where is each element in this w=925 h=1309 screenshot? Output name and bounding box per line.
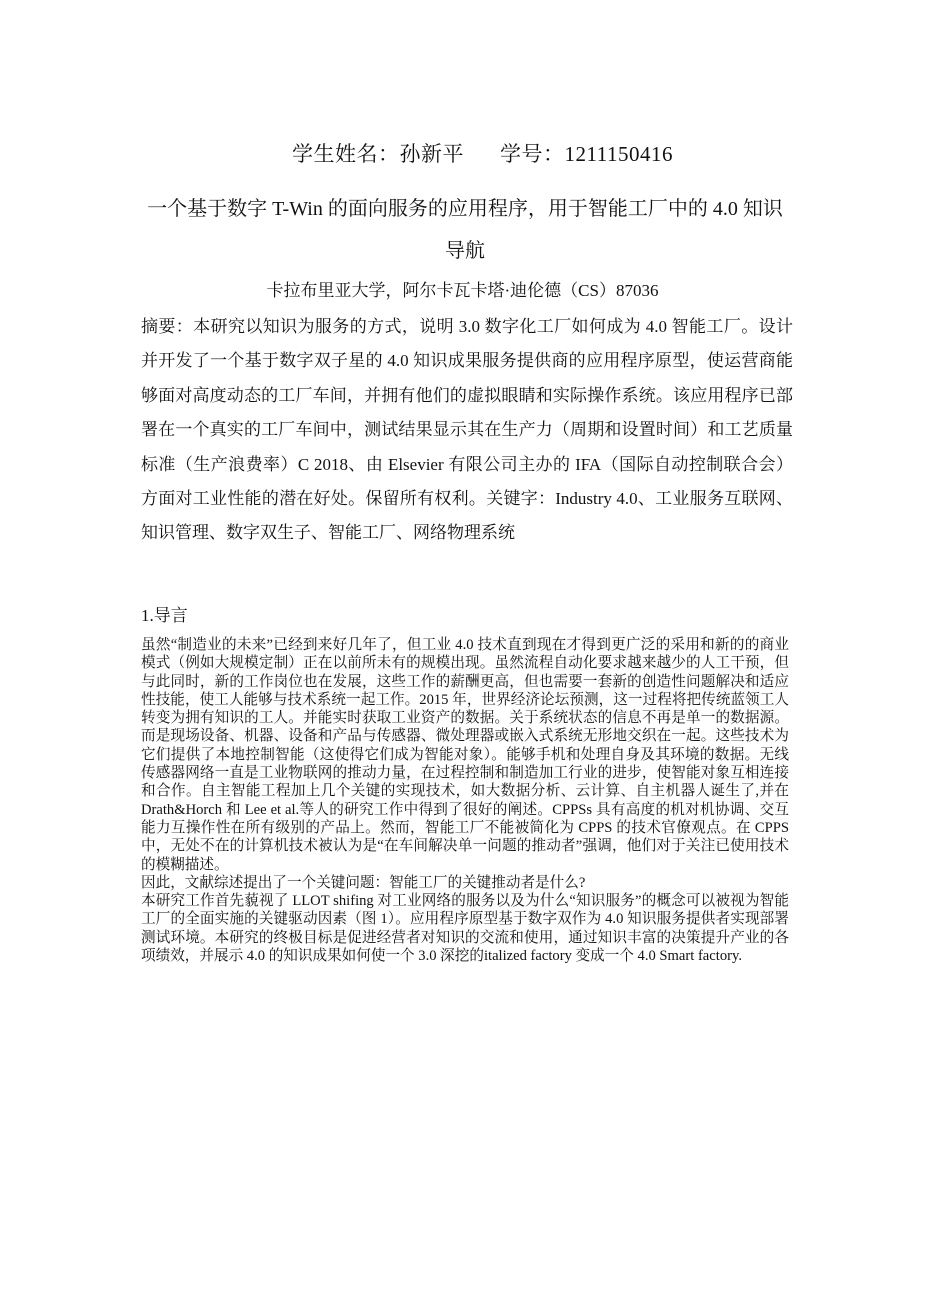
paragraph: 因此，文献综述提出了一个关键问题：智能工厂的关键推动者是什么?: [141, 874, 789, 892]
document-page: 学生姓名：孙新平学号：1211150416 一个基于数字 T-Win 的面向服务…: [0, 0, 925, 1309]
student-info: 学生姓名：孙新平学号：1211150416: [0, 138, 925, 168]
paragraph: 虽然“制造业的未来”已经到来好几年了，但工业 4.0 技术直到现在才得到更广泛的…: [141, 636, 789, 874]
abstract: 摘要：本研究以知识为服务的方式，说明 3.0 数字化工厂如何成为 4.0 智能工…: [141, 310, 793, 551]
student-name: 学生姓名：孙新平: [292, 142, 464, 166]
section-heading: 1.导言: [141, 601, 188, 626]
affiliation: 卡拉布里亚大学，阿尔卡瓦卡塔·迪伦德（CS）87036: [0, 276, 925, 301]
student-id: 学号：1211150416: [500, 142, 673, 166]
body-text: 虽然“制造业的未来”已经到来好几年了，但工业 4.0 技术直到现在才得到更广泛的…: [141, 636, 789, 965]
paper-title: 一个基于数字 T-Win 的面向服务的应用程序，用于智能工厂中的 4.0 知识导…: [140, 188, 790, 272]
paragraph: 本研究工作首先藐视了 LLOT shifing 对工业网络的服务以及为什么“知识…: [141, 892, 789, 965]
